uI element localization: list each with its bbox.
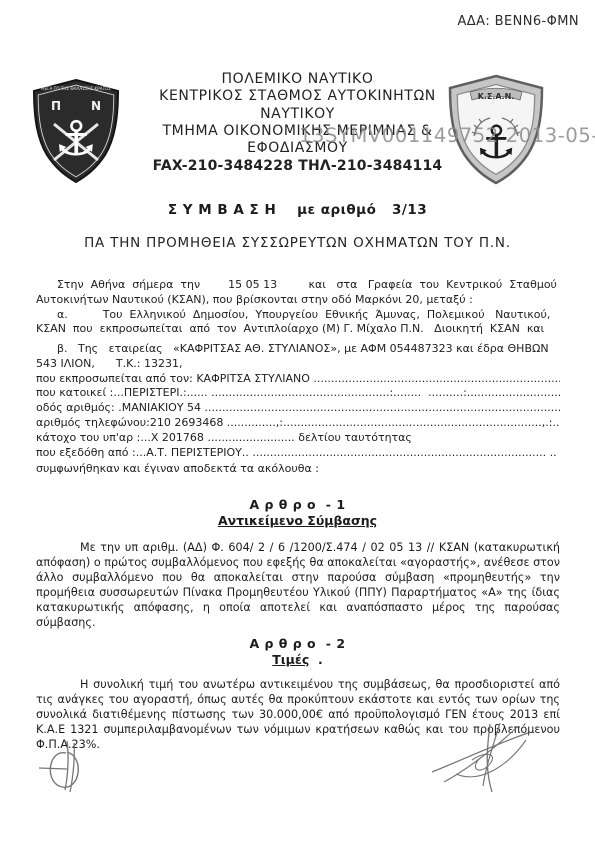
registry-watermark: 13SYMV001149752 2013-05-22 — [299, 124, 595, 147]
contractor-residence-line: που κατοικεί :...ΠΕΡΙΣΤΕΡΙ.:...... .....… — [36, 386, 560, 401]
contract-document-page: ΑΔΑ: ΒΕΝΝ6-ΦΜΝ ΜΕΓΑ ΤΟ ΤΗΣ ΘΑΛΑΣΣΗΣ ΚΡΑΤ… — [0, 0, 595, 842]
article-1-subheading-text: Αντικείμενο Σύμβασης — [218, 513, 377, 528]
right-signature — [428, 720, 536, 796]
org-line: ΠΟΛΕΜΙΚΟ ΝΑΥΤΙΚΟ — [0, 71, 595, 88]
article-2-subheading: Τιμές . — [0, 652, 595, 667]
contractor-representative-line: που εκπροσωπείται από τον: ΚΑΦΡΙΤΣΑ ΣΤΥΛ… — [36, 372, 560, 387]
article-2-subheading-text: Τιμές — [272, 652, 309, 667]
fax-phone-line: FAX-210-3484228 ΤΗΛ-210-3484114 — [0, 158, 595, 175]
article-1-body: Με την υπ αριθμ. (ΑΔ) Φ. 604/ 2 / 6 /120… — [36, 540, 560, 630]
contract-subject: ΠΑ ΤΗΝ ΠΡΟΜΗΘΕΙΑ ΣΥΣΣΩΡΕΥΤΩΝ ΟΧΗΜΑΤΩΝ ΤΟ… — [0, 235, 595, 251]
org-line: ΚΕΝΤΡΙΚΟΣ ΣΤΑΘΜΟΣ ΑΥΤΟΚΙΝΗΤΩΝ — [0, 88, 595, 105]
article-1-subheading: Αντικείμενο Σύμβασης — [0, 513, 595, 528]
preamble-line: Αυτοκινήτων Ναυτικού (ΚΣΑΝ), που βρίσκον… — [36, 293, 560, 308]
contractor-details: β. Της εταιρείας «ΚΑΦΡΙΤΣΑΣ ΑΘ. ΣΤΥΛΙΑΝΟ… — [36, 342, 560, 460]
article-2-heading: Α ρ θ ρ ο - 2 — [0, 636, 595, 651]
left-signature — [36, 736, 98, 798]
preamble-line: Στην Αθήνα σήμερα την 15 05 13 και στα Γ… — [36, 278, 560, 293]
agreement-statement: συμφωνήθηκαν και έγιναν αποδεκτά τα ακόλ… — [36, 462, 560, 477]
contractor-street-line: οδός αριθμός: .ΜΑΝΙΑΚΙΟΥ 54 ............… — [36, 401, 560, 416]
ada-code: ΑΔΑ: ΒΕΝΝ6-ΦΜΝ — [457, 14, 579, 29]
contractor-id-issuer-line: που εξεδόθη από :...Α.Τ. ΠΕΡΙΣΤΕΡΙΟΥ.. .… — [36, 446, 560, 461]
contractor-phone-line: αριθμός τηλεφώνου:210 2693468 ..........… — [36, 416, 560, 431]
preamble-line: ΚΣΑΝ που εκπροσωπείται από τον Αντιπλοία… — [36, 322, 560, 337]
article-2-subheading-period: . — [309, 652, 322, 667]
contractor-line: 543 ΙΛΙΟΝ, Τ.Κ.: 13231, — [36, 357, 560, 372]
article-1-heading: Α ρ θ ρ ο - 1 — [0, 497, 595, 512]
preamble-paragraph: Στην Αθήνα σήμερα την 15 05 13 και στα Γ… — [36, 278, 560, 337]
contractor-line: β. Της εταιρείας «ΚΑΦΡΙΤΣΑΣ ΑΘ. ΣΤΥΛΙΑΝΟ… — [36, 342, 560, 357]
contractor-id-line: κάτοχο του υπ'αρ :...Χ 201768 ..........… — [36, 431, 560, 446]
preamble-line: α. Του Ελληνικού Δημοσίου, Υπουργείου Εθ… — [36, 308, 560, 323]
contract-title: Σ Υ Μ Β Α Σ Η με αριθμό 3/13 — [0, 202, 595, 218]
org-line: ΝΑΥΤΙΚΟΥ — [0, 106, 595, 123]
